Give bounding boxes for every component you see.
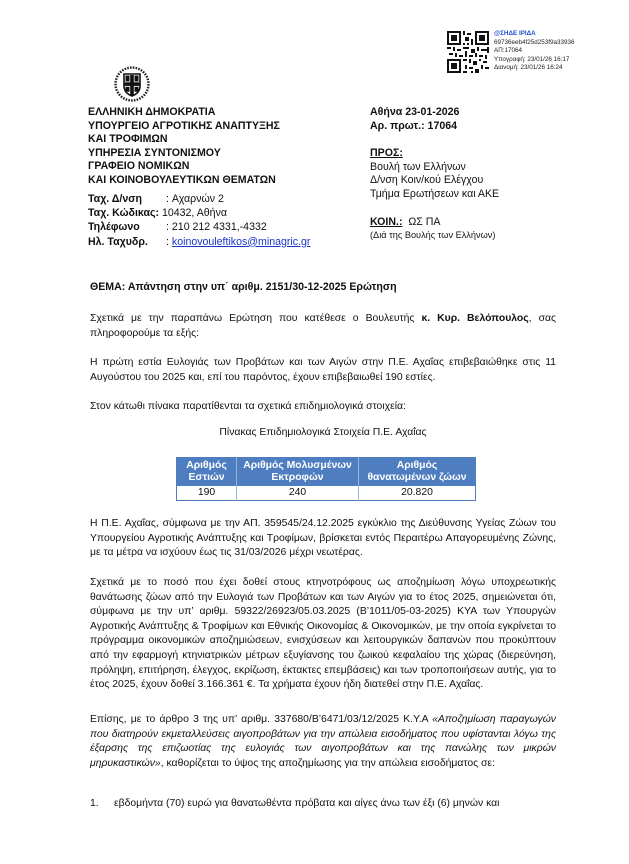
electronic-signature-stamp: @ΣΗΔΕ ΙΡΙΔΑ 69736eeb4f25d253f9a33936 ΑΠ:… [494,30,575,73]
to-label: ΠΡΟΣ: [370,147,499,161]
table-cell-culled-animals: 20.820 [359,486,476,501]
to-line: Βουλή των Ελλήνων [370,161,499,175]
sender-line: ΥΠΟΥΡΓΕΙΟ ΑΓΡΟΤΙΚΗΣ ΑΝΑΠΤΥΞΗΣ [88,120,280,134]
sender-heading: ΕΛΛΗΝΙΚΗ ΔΗΜΟΚΡΑΤΙΑ ΥΠΟΥΡΓΕΙΟ ΑΓΡΟΤΙΚΗΣ … [88,106,280,188]
table-row: 190 240 20.820 [177,486,476,501]
stamp-org: @ΣΗΔΕ ΙΡΙΔΑ [494,30,575,39]
email-row: Ηλ. Ταχυδρ. : koinovouleftikos@minagric.… [88,235,310,249]
qr-code-icon [447,31,489,73]
zip-value: 10432, Αθήνα [162,206,227,220]
stamp-distributed: Διανομή: 23/01/26 16:24 [494,64,575,73]
paragraph-compensation: Σχετικά με το ποσό που έχει δοθεί στους … [90,576,556,693]
table-header-culled-animals: Αριθμόςθανατωμένων ζώων [359,458,476,486]
email-label: Ηλ. Ταχυδρ. [88,235,166,249]
address-value: Αχαρνών 2 [172,192,224,206]
paragraph-table-intro: Στον κάτωθι πίνακα παρατίθενται τα σχετι… [90,400,556,415]
phone-sep: : [166,220,169,234]
recipient-block: Αθήνα 23-01-2026 Αρ. πρωτ.: 17064 ΠΡΟΣ: … [370,106,499,243]
paragraph-income-loss: Επίσης, με το άρθρο 3 της υπ’ αριθμ. 337… [90,713,556,771]
phone-label: Τηλέφωνο [88,220,166,234]
table-cell-infected-farms: 240 [237,486,359,501]
protocol-number: Αρ. πρωτ.: 17064 [370,120,499,134]
cc-label: ΚΟΙΝ.: [370,216,402,228]
sender-contacts: Ταχ. Δ/νση : Αχαρνών 2 Ταχ. Κώδικας: 104… [88,192,310,249]
address-sep: : [166,192,169,206]
greek-coat-of-arms-icon [114,66,150,102]
cc-note: (Διά της Βουλής των Ελλήνων) [370,229,499,243]
zip-label: Ταχ. Κώδικας: [88,206,159,220]
zip-row: Ταχ. Κώδικας: 10432, Αθήνα [88,206,310,220]
epidemiological-table: ΑριθμόςΕστιών Αριθμός ΜολυσμένωνΕκτροφών… [176,457,476,501]
sender-line: ΥΠΗΡΕΣΙΑ ΣΥΝΤΟΝΙΣΜΟΥ [88,147,280,161]
table-cell-outbreaks: 190 [177,486,237,501]
paragraph-first-outbreak: Η πρώτη εστία Ευλογιάς των Προβάτων και … [90,356,556,385]
list-number: 1. [90,798,114,809]
sender-line: ΓΡΑΦΕΙΟ ΝΟΜΙΚΩΝ [88,160,280,174]
mp-name: κ. Κυρ. Βελόπουλος [421,313,528,324]
email-sep: : [166,235,169,249]
subject-line: ΘΕΜΑ: Απάντηση στην υπ΄ αριθμ. 2151/30-1… [90,281,397,293]
list-text: εβδομήντα (70) ευρώ για θανατωθέντα πρόβ… [114,798,499,809]
sender-line: ΕΛΛΗΝΙΚΗ ΔΗΜΟΚΡΑΤΙΑ [88,106,280,120]
to-line: Δ/νση Κοιν/κού Ελέγχου [370,174,499,188]
address-label: Ταχ. Δ/νση [88,192,166,206]
intro-text: Σχετικά με την παραπάνω Ερώτηση που κατέ… [90,313,421,324]
kya-reference: Επίσης, με το άρθρο 3 της υπ’ αριθμ. 337… [90,714,432,725]
phone-value: 210 212 4331,-4332 [172,220,267,234]
document-date: Αθήνα 23-01-2026 [370,106,499,120]
stamp-signed: Υπογραφή: 23/01/26 16:17 [494,56,575,65]
kya-text-end: , καθορίζεται το ύψος της αποζημίωσης γι… [161,758,495,769]
stamp-hash: 69736eeb4f25d253f9a33936 [494,39,575,48]
intro-paragraph: Σχετικά με την παραπάνω Ερώτηση που κατέ… [90,312,556,341]
address-row: Ταχ. Δ/νση : Αχαρνών 2 [88,192,310,206]
paragraph-restricted-zone: Η Π.Ε. Αχαΐας, σύμφωνα με την ΑΠ. 359545… [90,517,556,561]
stamp-protocol: ΑΠ:17064 [494,47,575,56]
list-item: 1.εβδομήντα (70) ευρώ για θανατωθέντα πρ… [90,798,499,809]
sender-line: ΚΑΙ ΤΡΟΦΙΜΩΝ [88,133,280,147]
cc-value: ΩΣ ΠΑ [408,216,440,228]
to-line: Τμήμα Ερωτήσεων και ΑΚΕ [370,188,499,202]
phone-row: Τηλέφωνο : 210 212 4331,-4332 [88,220,310,234]
table-header-infected-farms: Αριθμός ΜολυσμένωνΕκτροφών [237,458,359,486]
sender-line: ΚΑΙ ΚΟΙΝΟΒΟΥΛΕΥΤΙΚΩΝ ΘΕΜΑΤΩΝ [88,174,280,188]
table-header-outbreaks: ΑριθμόςΕστιών [177,458,237,486]
email-link[interactable]: koinovouleftikos@minagric.gr [172,235,311,249]
table-caption: Πίνακας Επιδημιολογικά Στοιχεία Π.Ε. Αχα… [90,427,556,438]
cc-row: ΚΟΙΝ.: ΩΣ ΠΑ [370,216,499,230]
